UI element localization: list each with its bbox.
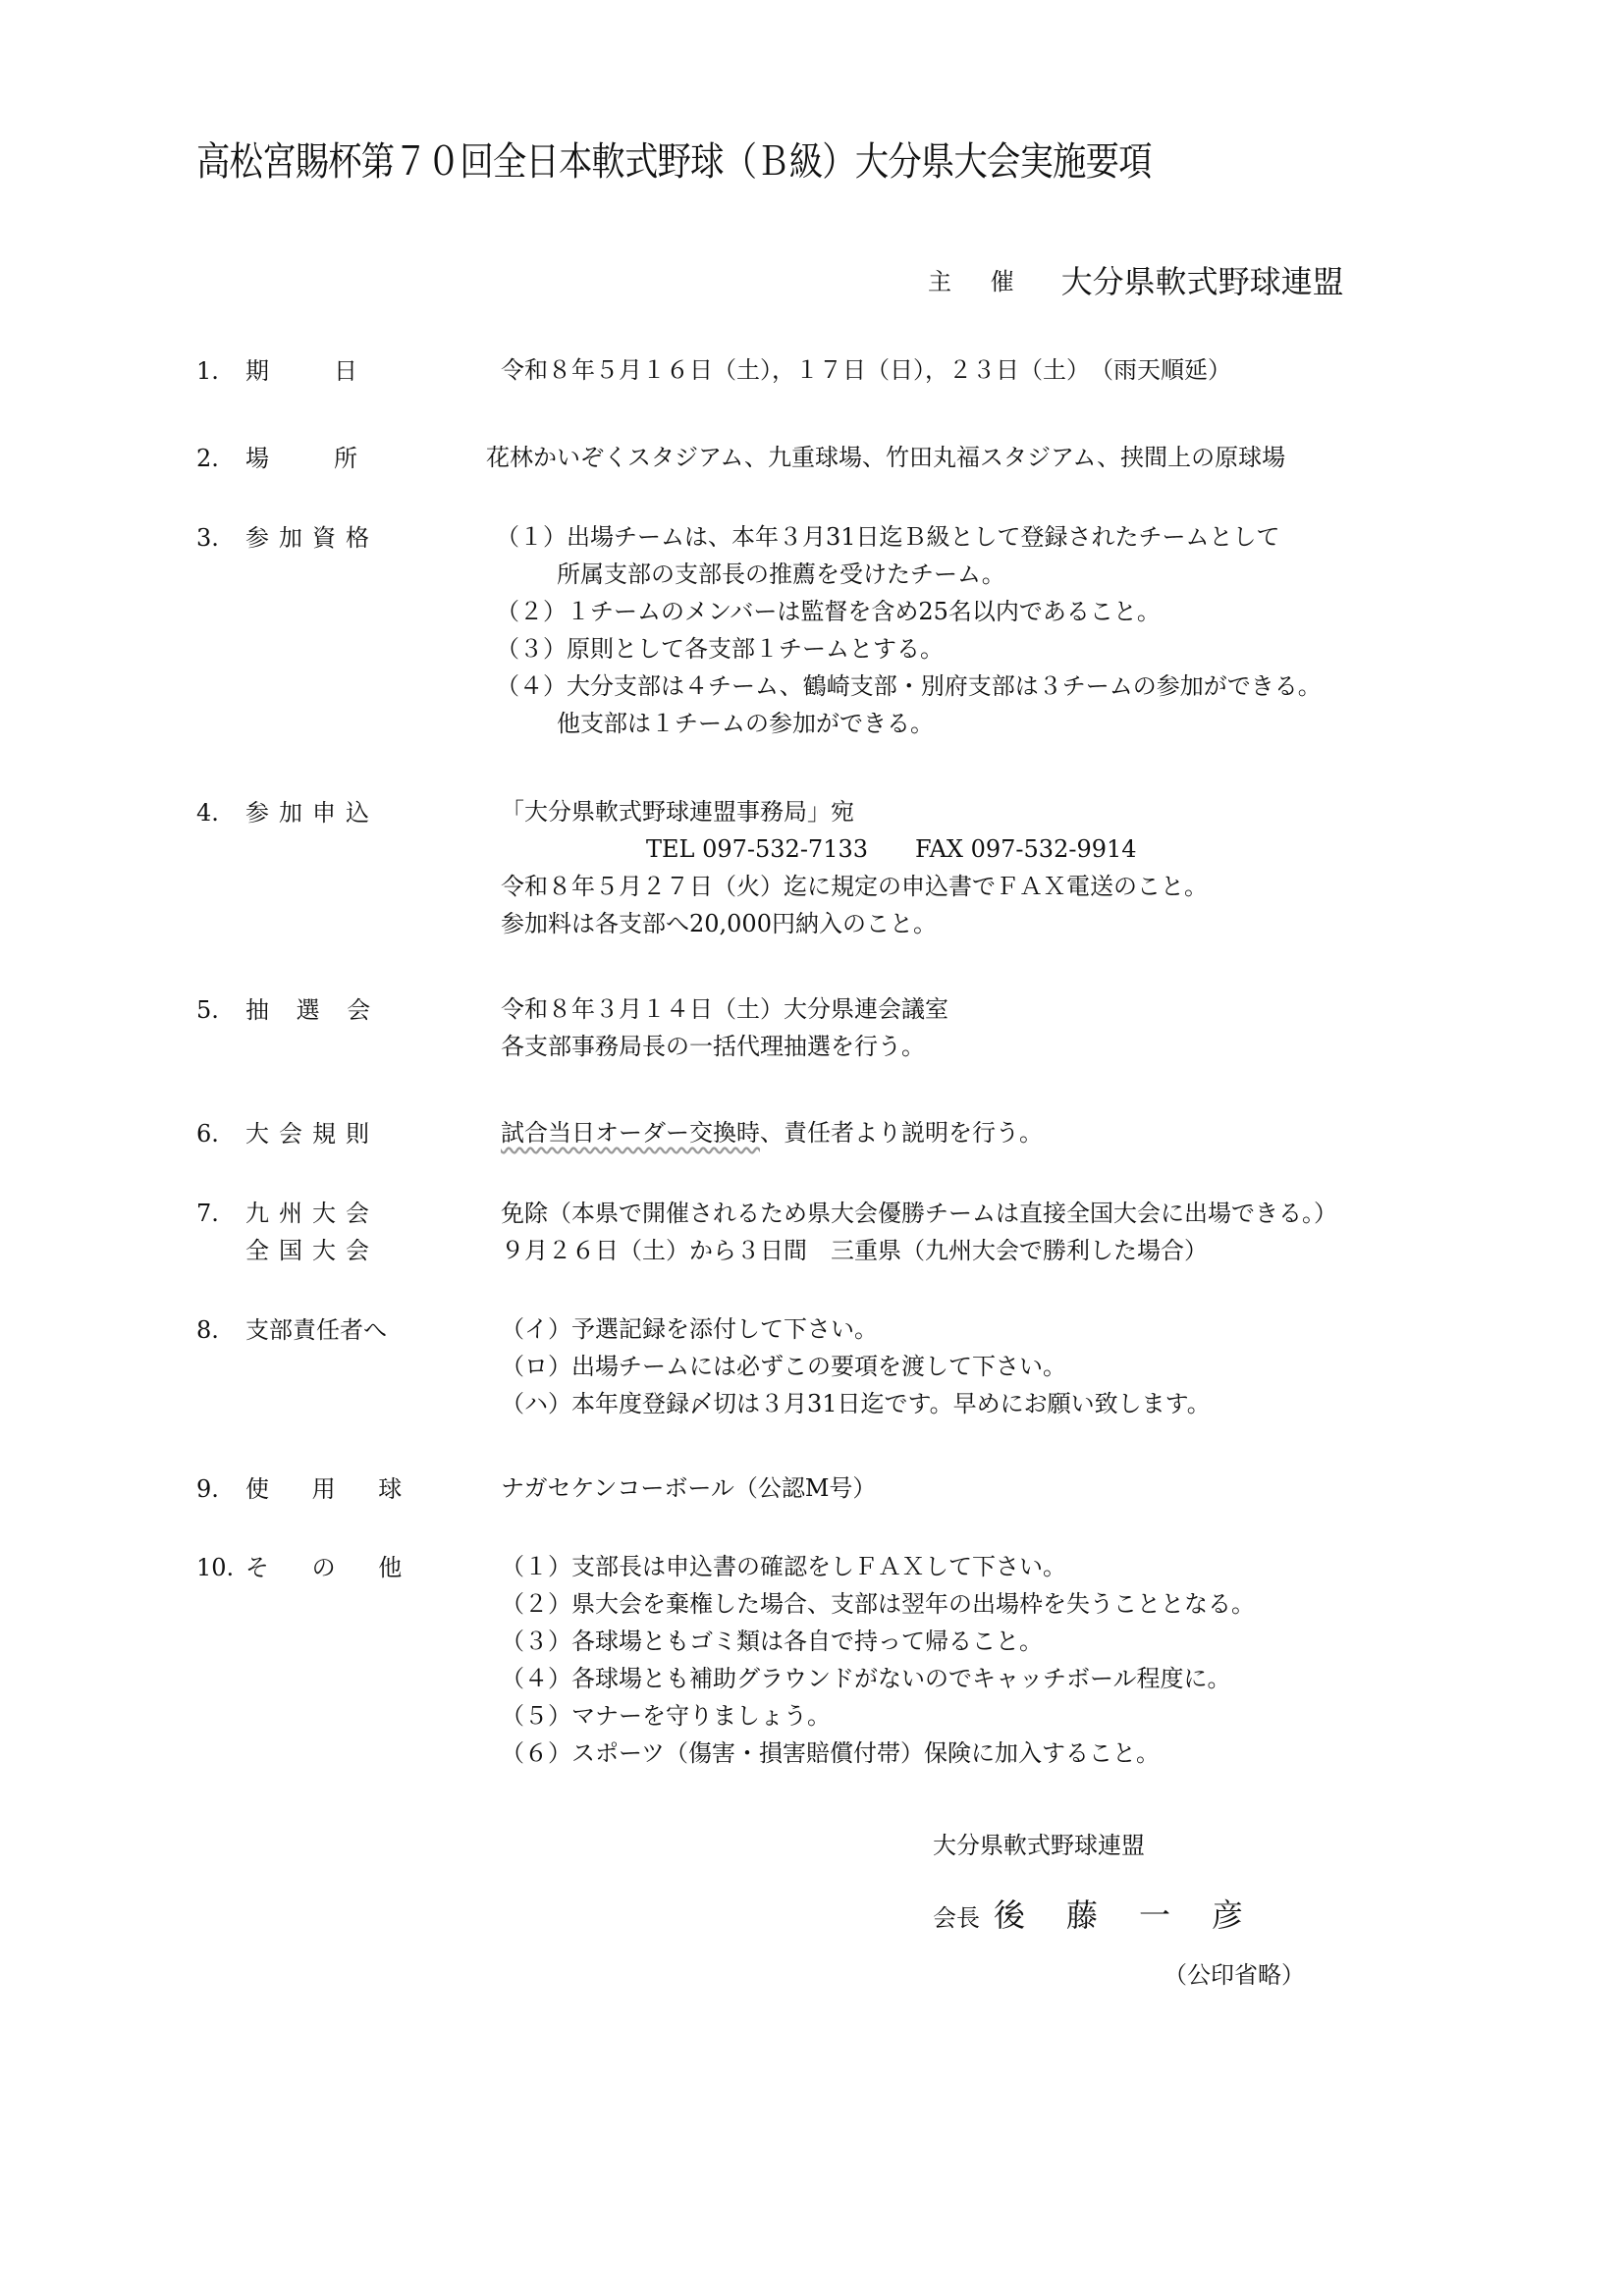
president-role: 会長 — [933, 1904, 980, 1932]
organizer-line: 主 催大分県軟式野球連盟 — [928, 257, 1344, 302]
section-heading: 4.参加申込 — [196, 793, 491, 828]
section-heading: 8.支部責任者へ — [196, 1310, 491, 1345]
section-heading: 10.そ の 他 — [196, 1548, 491, 1582]
president-name: 後藤一彦 — [994, 1896, 1284, 1934]
section-heading: 9.使 用 球 — [196, 1469, 491, 1504]
spellcheck-underlined-text: 試合当日オーダー交換時 — [501, 1119, 760, 1147]
signature-president: 会長後藤一彦 — [933, 1891, 1305, 1934]
section-body: ナガセケンコーボール（公認M号） — [501, 1469, 876, 1507]
signature-block: 大分県軟式野球連盟 会長後藤一彦 （公印省略） — [933, 1826, 1305, 1990]
contact-numbers: TEL 097-532-7133 FAX 097-532-9914 — [501, 830, 1208, 868]
section-heading: 3.参加資格 — [196, 518, 491, 553]
section-heading: 7.九州大会 全国大会 — [196, 1195, 491, 1269]
section-body: （１）支部長は申込書の確認をしＦＡＸして下さい。 （２）県大会を棄権した場合、支… — [501, 1548, 1255, 1772]
document-page: 高松宮賜杯第７０回全日本軟式野球（Ｂ級）大分県大会実施要項 主 催大分県軟式野球… — [0, 0, 1624, 2296]
section-heading: 6.大会規則 — [196, 1114, 491, 1148]
section-body: 令和８年５月１６日（土），１７日（日），２３日（土） （雨天順延） — [501, 351, 1231, 389]
section-heading: 1.期 日 — [196, 351, 491, 386]
section-body: 免除（本県で開催されるため県大会優勝チームは直接全国大会に出場できる。） ９月２… — [501, 1195, 1337, 1269]
section-body: 花林かいぞくスタジアム、九重球場、竹田丸福スタジアム、挟間上の原球場 — [486, 439, 1285, 476]
section-body: 令和８年３月１４日（土）大分県連会議室 各支部事務局長の一括代理抽選を行う。 — [501, 990, 948, 1065]
section-body: 試合当日オーダー交換時、責任者より説明を行う。 — [501, 1114, 1043, 1151]
signature-organization: 大分県軟式野球連盟 — [933, 1826, 1305, 1865]
document-title: 高松宮賜杯第７０回全日本軟式野球（Ｂ級）大分県大会実施要項 — [196, 131, 1294, 187]
section-body: （１）出場チームは、本年３月31日迄Ｂ級として登録されたチームとして 所属支部の… — [496, 518, 1322, 742]
section-heading: 5.抽 選 会 — [196, 990, 491, 1025]
organizer-label: 主 催 — [928, 268, 1030, 295]
section-body: （イ）予選記録を添付して下さい。 （ロ）出場チームには必ずこの要項を渡して下さい… — [501, 1310, 1211, 1422]
section-heading: 2.場 所 — [196, 439, 491, 473]
section-body: 「大分県軟式野球連盟事務局」宛 TEL 097-532-7133 FAX 097… — [501, 793, 1208, 942]
organizer-name: 大分県軟式野球連盟 — [1061, 263, 1344, 300]
seal-note: （公印省略） — [933, 1955, 1305, 1990]
